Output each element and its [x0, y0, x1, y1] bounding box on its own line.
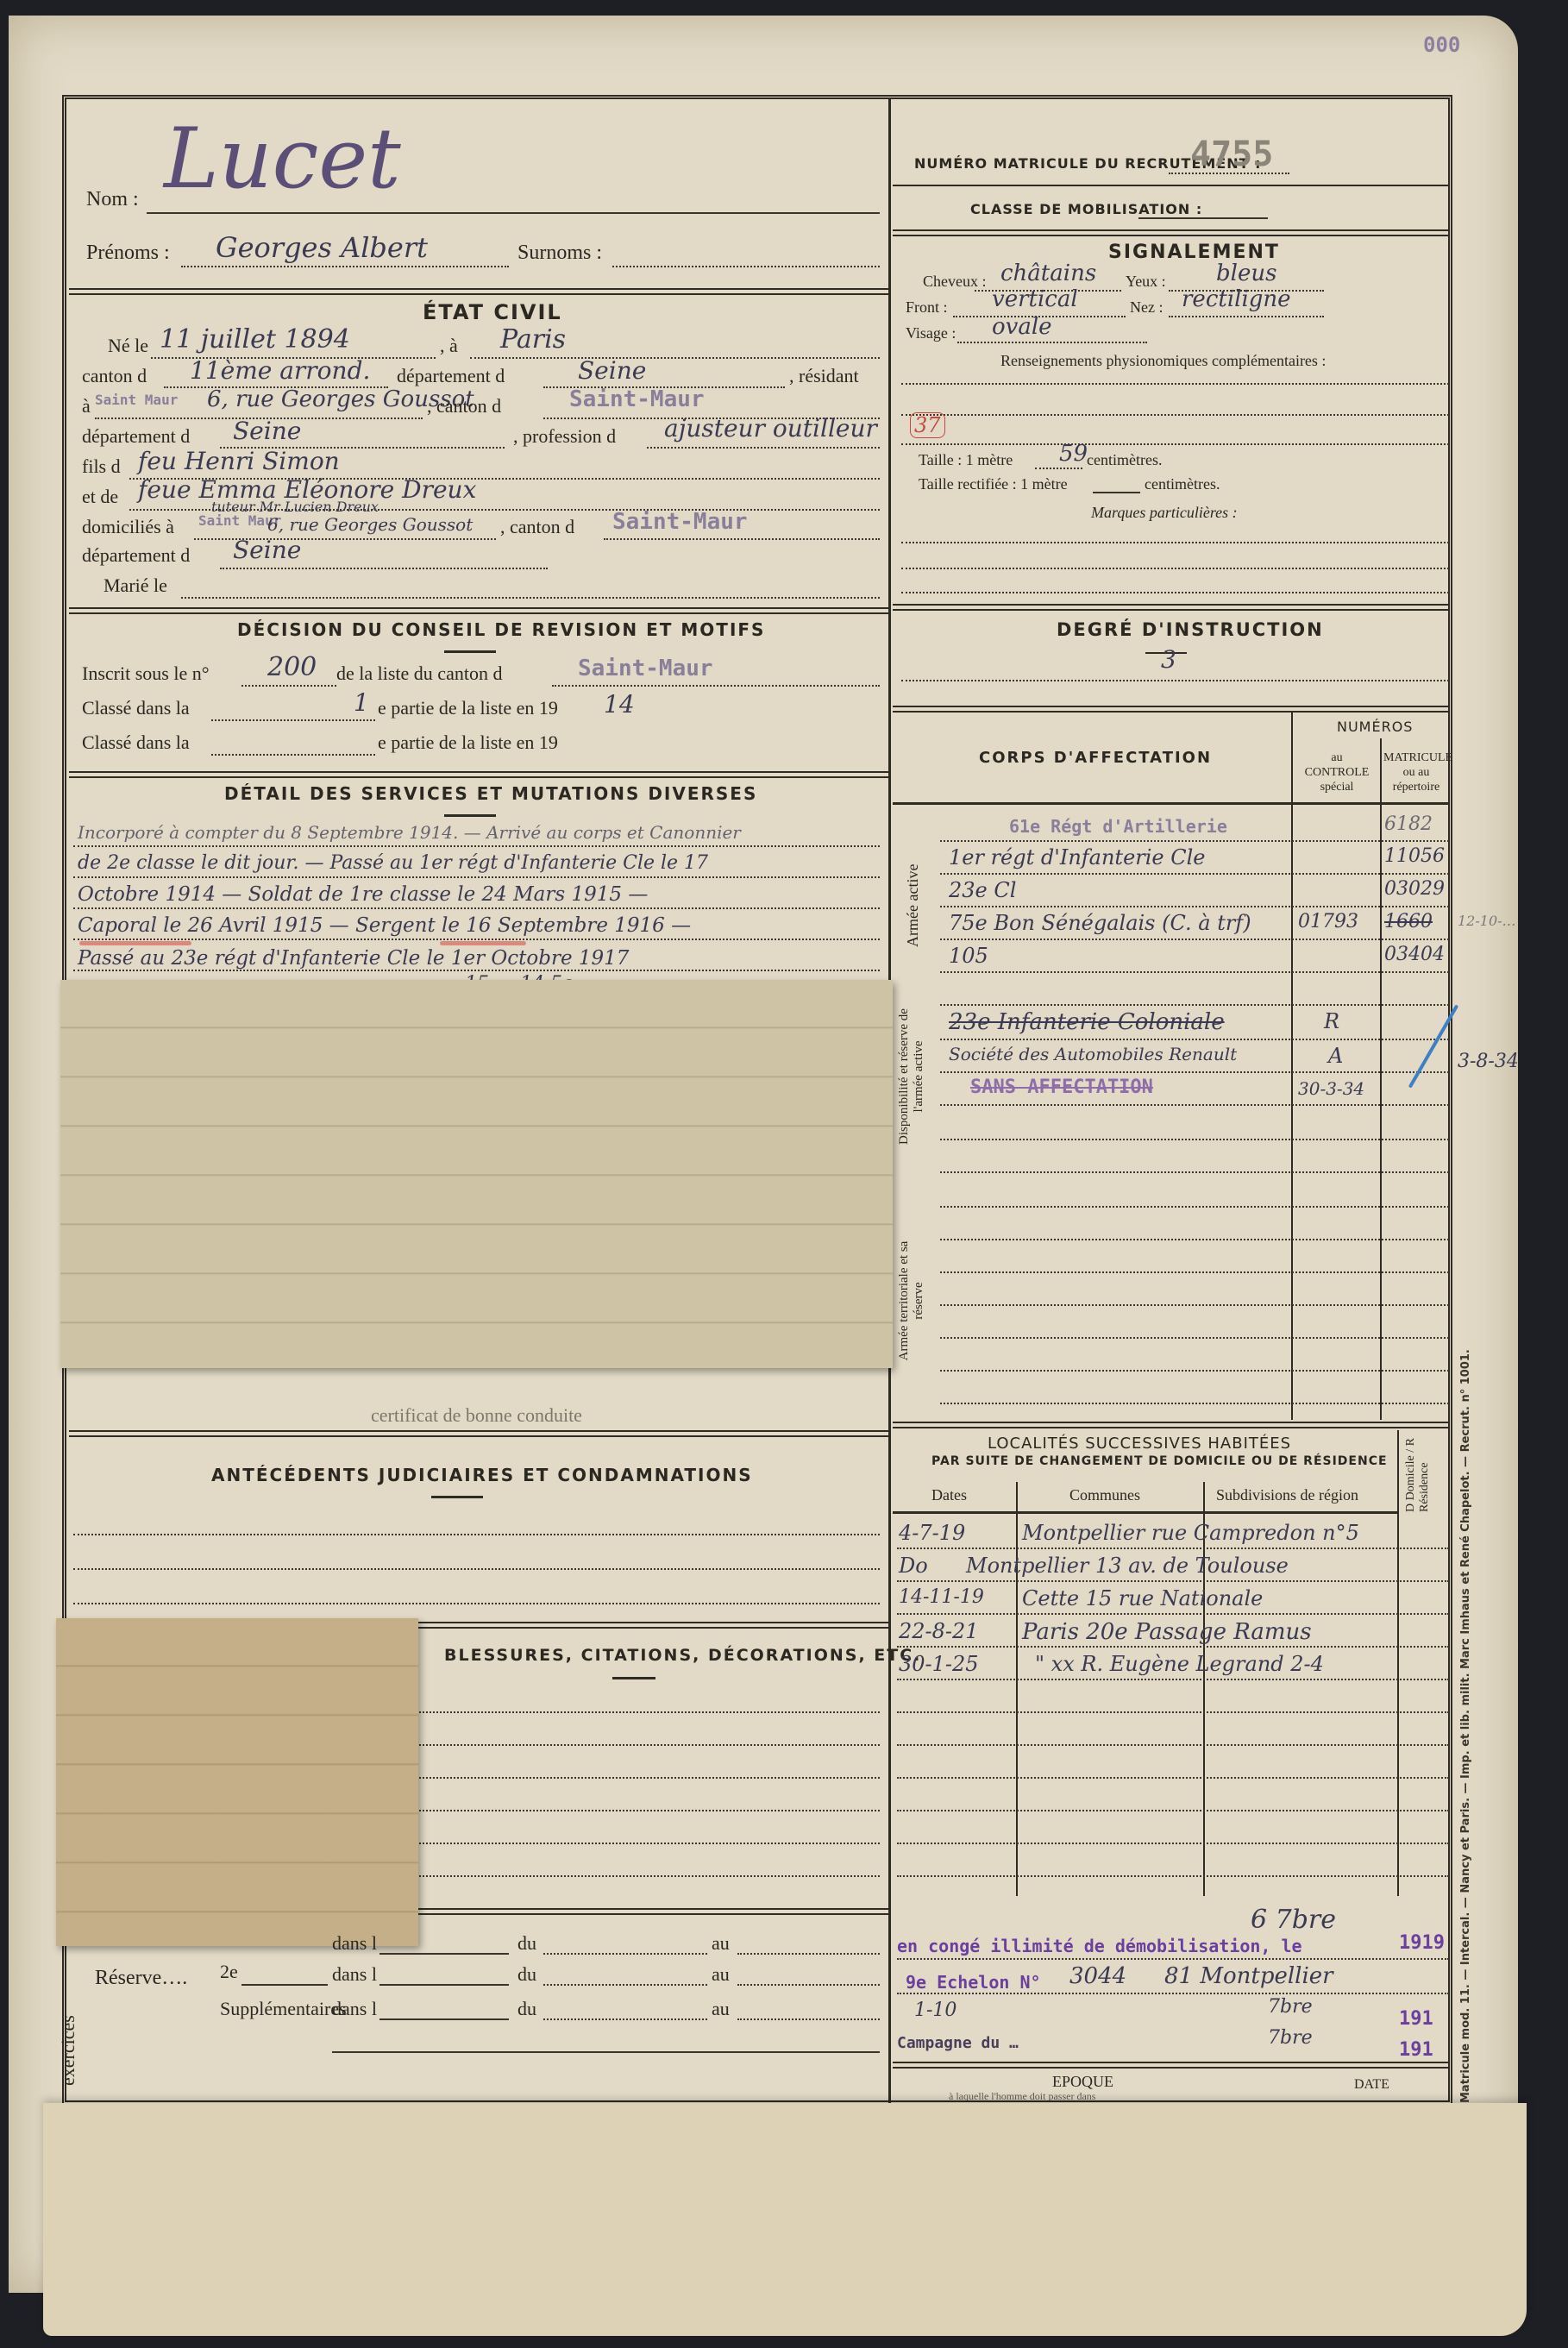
ruled-line	[940, 1171, 1449, 1173]
localite-row-1-text: Montpellier rue Campredon n°5	[1022, 1521, 1359, 1545]
localites-title: LOCALITÉS SUCCESSIVES HABITÉES	[988, 1435, 1291, 1453]
col-controle: au CONTROLE spécial	[1298, 750, 1376, 794]
margin-note-2: 3-8-34	[1458, 1051, 1519, 1072]
corps-row-7-corps: 23e Infanterie Coloniale	[949, 1009, 1225, 1035]
liste-canton-label: de la liste du canton d	[336, 662, 502, 685]
ne-le-value: 11 juillet 1894	[160, 324, 350, 355]
yeux-label: Yeux :	[1126, 273, 1166, 291]
domicilies-label: domiciliés à	[82, 516, 174, 538]
liste-canton-stamp: Saint-Maur	[578, 656, 713, 681]
register-page: 000 Nom : Lucet Prénoms : Georges Albert…	[9, 16, 1518, 2293]
taille-rectifiee-unit: centimètres.	[1145, 475, 1220, 493]
corps-row-1-matricule: 6182	[1384, 813, 1433, 835]
pasted-slip-blessures	[56, 1618, 418, 1946]
taille-label: Taille : 1 mètre	[919, 451, 1013, 469]
canton2-label: , canton d	[427, 395, 501, 417]
ruled-line	[897, 1613, 1449, 1615]
year-b: 191	[1399, 2039, 1433, 2061]
margin-note-1: 12-10-…	[1458, 913, 1516, 929]
ruled-line	[73, 907, 880, 909]
ruled-line	[901, 443, 1449, 445]
corps-row-4-matricule: 1660	[1384, 911, 1433, 932]
ruled-line	[737, 1984, 880, 1986]
marques-label: Marques particulières :	[1091, 504, 1238, 522]
ruled-line	[897, 1679, 1449, 1680]
nez-label: Nez :	[1130, 298, 1163, 317]
corps-row-4-controle: 01793	[1298, 911, 1358, 932]
au-label: au	[712, 1932, 730, 1955]
localite-row-3-date: 14-11-19	[899, 1586, 984, 1608]
a-line	[470, 357, 880, 359]
col-matricule: MATRICULE ou au répertoire	[1383, 750, 1449, 794]
nom-line	[147, 212, 880, 214]
campagne-text: Campagne du …	[897, 2034, 1019, 2052]
a-label: , à	[440, 335, 458, 357]
ruled-line	[897, 1744, 1449, 1746]
ruled-line	[940, 840, 1449, 842]
ruled-line	[897, 1580, 1449, 1582]
departement3-label: département d	[82, 544, 190, 567]
nez-value: rectiligne	[1182, 286, 1291, 312]
ruled-line	[379, 2018, 509, 2020]
departement2-value: Seine	[233, 417, 301, 445]
ruled-line	[73, 1534, 880, 1535]
ruled-line	[543, 1953, 707, 1955]
red-note: 37	[910, 412, 945, 438]
corps-row-8-controle: A	[1328, 1044, 1343, 1068]
au-label: au	[712, 1998, 730, 2020]
departement-value: Seine	[578, 356, 646, 385]
renseignements-label: Renseignements physionomiques complément…	[1000, 352, 1326, 370]
nez-line	[1169, 316, 1324, 317]
front-value: vertical	[992, 286, 1078, 312]
certificat-partial: certificat de bonne conduite	[371, 1404, 582, 1427]
ruled-line	[241, 1984, 328, 1986]
ruled-line	[379, 1953, 509, 1955]
disponibilite-label: Disponibilité et réserve de l'armée acti…	[897, 990, 926, 1163]
localite-row-4-text: Paris 20e Passage Ramus	[1022, 1619, 1312, 1645]
blank-paper-overlay	[43, 2103, 1527, 2336]
localite-row-5-date: 30-1-25	[899, 1652, 979, 1676]
classe-mobilisation-line	[1138, 217, 1268, 219]
ruled-line	[940, 873, 1449, 875]
section-rule	[893, 1422, 1449, 1428]
prenoms-value: Georges Albert	[216, 231, 428, 264]
ruled-line	[940, 939, 1449, 940]
pere-value: feu Henri Simon	[138, 447, 340, 475]
et-de-label: et de	[82, 486, 118, 508]
front-label: Front :	[906, 298, 948, 317]
corps-row-2-matricule: 11056	[1384, 845, 1445, 867]
ruled-line	[940, 1206, 1449, 1208]
col-divider	[1016, 1482, 1018, 1896]
conge-text: en congé illimité de démobilisation, le	[897, 1936, 1302, 1956]
corps-row-9-controle: 30-3-34	[1298, 1078, 1364, 1099]
corps-row-7-controle: R	[1324, 1009, 1339, 1033]
ruled-line	[737, 2018, 880, 2020]
visage-value: ovale	[992, 314, 1052, 340]
classe-mobilisation-label: CLASSE DE MOBILISATION :	[970, 201, 1202, 217]
date-a: 7bre	[1268, 1996, 1313, 2018]
red-pencil-mark	[440, 941, 526, 945]
taille-value: 59	[1059, 441, 1088, 467]
reserve-label: Réserve….	[95, 1967, 187, 1990]
etat-civil-title: ÉTAT CIVIL	[423, 300, 562, 324]
corps-row-2-corps: 1er régt d'Infanterie Cle	[949, 845, 1206, 870]
decision-title: DÉCISION DU CONSEIL DE REVISION ET MOTIF…	[237, 619, 765, 640]
rule	[893, 185, 1449, 186]
departement2-label: département d	[82, 425, 190, 448]
epoque-label: EPOQUE	[1052, 2073, 1113, 2091]
localite-row-1-date: 4-7-19	[899, 1521, 965, 1545]
classe1-year: 14	[604, 690, 635, 719]
ruled-line	[897, 1843, 1449, 1844]
col-communes: Communes	[1069, 1486, 1140, 1504]
section-rule	[69, 288, 888, 295]
ruled-line	[940, 1337, 1449, 1339]
corps-row-5-matricule: 03404	[1384, 944, 1445, 965]
du-label: du	[517, 1998, 536, 2020]
departement3-line	[220, 568, 548, 569]
blessures-title: BLESSURES, CITATIONS, DÉCORATIONS, ETC.	[444, 1646, 921, 1665]
section-rule	[893, 2062, 1449, 2069]
corps-row-8-corps: Société des Automobiles Renault	[949, 1044, 1237, 1064]
taille-rectifiee-line	[1093, 492, 1140, 493]
taille-line	[1035, 468, 1082, 469]
canton3-stamp: Saint-Maur	[612, 509, 748, 535]
instruction-title: DEGRÉ D'INSTRUCTION	[1057, 619, 1324, 640]
residant-label: , résidant	[789, 365, 859, 387]
profession-line	[647, 447, 880, 449]
matricule-value: 4755	[1190, 135, 1273, 174]
du-label: du	[517, 1932, 536, 1955]
classe2-line	[211, 754, 375, 756]
year-a: 191	[1399, 2008, 1433, 2030]
instruction-value: 3	[1161, 645, 1176, 674]
col-dates: Dates	[931, 1486, 967, 1504]
ruled-line	[897, 1711, 1449, 1713]
ruled-line	[940, 1004, 1449, 1006]
classe1-value: 1	[354, 688, 369, 717]
localite-row-4-date: 22-8-21	[899, 1619, 979, 1643]
date-b: 7bre	[1268, 2027, 1313, 2049]
services-line-1: Incorporé à compter du 8 Septembre 1914.…	[78, 822, 741, 843]
fils-label: fils d	[82, 455, 121, 478]
profession-value: ajusteur outilleur	[664, 414, 877, 443]
corps-row-5-corps: 105	[949, 944, 988, 968]
ruled-line	[332, 2051, 880, 2053]
ruled-line	[897, 1958, 1449, 1960]
au-label: au	[712, 1963, 730, 1986]
surnoms-label: Surnoms :	[517, 242, 602, 265]
ruled-line	[73, 970, 880, 971]
surnoms-line	[612, 266, 880, 267]
ruled-line	[73, 876, 880, 878]
ruled-line	[901, 568, 1449, 569]
ruled-line	[940, 1071, 1449, 1073]
corps-row-4-corps: 75e Bon Sénégalais (C. à trf)	[949, 911, 1251, 935]
ruled-line	[901, 680, 1449, 681]
visage-label: Visage :	[906, 324, 956, 342]
corps-title: CORPS D'AFFECTATION	[979, 749, 1212, 767]
ruled-line	[901, 414, 1449, 416]
a-value: Paris	[500, 324, 566, 355]
du-label: du	[517, 1963, 536, 1986]
ruled-line	[940, 1139, 1449, 1140]
ne-le-label: Né le	[108, 335, 148, 357]
second-dans-label: dans l	[332, 1963, 377, 1986]
canton-label: canton d	[82, 365, 147, 387]
col-divider	[1397, 1430, 1399, 1896]
localites-subtitle: PAR SUITE DE CHANGEMENT DE DOMICILE OU D…	[931, 1454, 1388, 1468]
domicilies-value: 6, rue Georges Goussot	[267, 514, 473, 535]
services-line-5: Passé au 23e régt d'Infanterie Cle le 1e…	[78, 947, 629, 970]
taille-rectifiee-label: Taille rectifiée : 1 mètre	[919, 475, 1068, 493]
services-line-2: de 2e classe le dit jour. — Passé au 1er…	[78, 852, 708, 874]
conge-value: 6 7bre	[1251, 1905, 1336, 1935]
ruled-line	[73, 939, 880, 940]
date-label: DATE	[1354, 2077, 1389, 2093]
printer-text: Matricule mod. 11. — Intercal. — Nancy e…	[1459, 1349, 1472, 2103]
conge-year: 1919	[1399, 1932, 1445, 1954]
territoriale-label: Armée territoriale et sa réserve	[897, 1232, 926, 1370]
col-dr: D Domicile / R Résidence	[1404, 1417, 1432, 1512]
localite-row-3-text: Cette 15 rue Nationale	[1022, 1586, 1263, 1610]
canton3-line	[604, 538, 880, 540]
first-dans-label: dans l	[332, 1932, 377, 1955]
ruled-line	[940, 1403, 1449, 1404]
corps-row-9-stamp: SANS AFFECTATION	[970, 1077, 1153, 1098]
title-dash	[612, 1677, 655, 1679]
section-rule	[893, 229, 1449, 236]
armee-active-label: Armée active	[904, 864, 922, 947]
ruled-line	[940, 1304, 1449, 1306]
corner-stamp: 000	[1423, 33, 1460, 57]
matricule-line	[1169, 173, 1289, 174]
epoque-sub: à laquelle l'homme doit passer dans	[949, 2090, 1095, 2103]
ruled-line	[897, 1993, 1449, 1994]
pasted-slip-services	[60, 980, 893, 1368]
canton-value: 11ème arrond.	[190, 356, 370, 385]
classe2-suffix: e partie de la liste en 19	[378, 731, 558, 754]
localite-row-5-text: " xx R. Eugène Legrand 2-4	[1035, 1652, 1324, 1676]
ruled-line	[73, 1568, 880, 1570]
ruled-line	[940, 906, 1449, 907]
nom-value: Lucet	[164, 110, 401, 207]
departement3-value: Seine	[233, 536, 301, 564]
nom-label: Nom :	[86, 188, 139, 211]
classe2-label: Classé dans la	[82, 731, 190, 754]
ruled-line	[940, 1370, 1449, 1372]
second-prefix: 2e	[220, 1961, 238, 1983]
echelon-extra: 81 Montpellier	[1164, 1963, 1333, 1989]
ruled-line	[901, 542, 1449, 543]
section-rule	[69, 771, 888, 778]
numeros-label: NUMÉROS	[1337, 719, 1413, 735]
residant-a-label: à	[82, 395, 91, 417]
prenoms-line	[181, 266, 509, 267]
localite-row-2-text: Montpellier 13 av. de Toulouse	[966, 1554, 1289, 1578]
classe1-label: Classé dans la	[82, 697, 190, 719]
inscrit-label: Inscrit sous le n°	[82, 662, 210, 685]
echelon-text: 9e Echelon N°	[906, 1972, 1041, 1993]
yeux-value: bleus	[1216, 261, 1276, 286]
antecedents-title: ANTÉCÉDENTS JUDICIAIRES ET CONDAMNATIONS	[211, 1465, 753, 1485]
taille-unit: centimètres.	[1087, 451, 1162, 469]
classe1-line	[211, 719, 375, 721]
title-dash	[431, 1496, 483, 1498]
departement-label: département d	[397, 365, 505, 387]
prenoms-label: Prénoms :	[86, 242, 170, 265]
col-divider	[1291, 713, 1293, 1420]
ruled-line	[897, 1810, 1449, 1811]
ruled-line	[940, 1039, 1449, 1040]
ruled-line	[940, 1239, 1449, 1240]
rule	[893, 802, 1449, 805]
cheveux-label: Cheveux :	[923, 273, 987, 291]
title-dash	[444, 814, 496, 817]
marie-label: Marié le	[103, 574, 167, 597]
ruled-line	[897, 1875, 1449, 1877]
section-rule	[69, 1430, 888, 1437]
cheveux-value: châtains	[1000, 261, 1096, 286]
ruled-line	[901, 383, 1449, 385]
inscrit-line	[241, 685, 336, 687]
canton3-label: , canton d	[500, 516, 574, 538]
section-rule	[69, 607, 888, 614]
ruled-line	[940, 1271, 1449, 1273]
classe1-suffix: e partie de la liste en 19	[378, 697, 558, 719]
corps-row-3-matricule: 03029	[1384, 878, 1445, 900]
ruled-line	[543, 2018, 707, 2020]
rule	[893, 1511, 1397, 1514]
profession-label: , profession d	[513, 425, 616, 448]
ruled-line	[901, 592, 1449, 593]
canton2-stamp: Saint-Maur	[569, 386, 705, 412]
ruled-line	[543, 1984, 707, 1986]
col-subdivisions: Subdivisions de région	[1216, 1486, 1358, 1504]
section-rule	[893, 604, 1449, 611]
ruled-line	[940, 1104, 1449, 1106]
ruled-line	[897, 1777, 1449, 1779]
inscrit-value: 200	[267, 652, 317, 682]
section-rule	[893, 706, 1449, 713]
domicilies-note: tuteur Mr Lucien Dreux	[211, 499, 379, 515]
visage-line	[957, 342, 1147, 343]
ruled-line	[73, 1603, 880, 1604]
ruled-line	[897, 1548, 1449, 1549]
echelon-value: 3044	[1069, 1963, 1126, 1989]
ruled-line	[897, 1646, 1449, 1648]
ruled-line	[940, 971, 1449, 973]
red-pencil-mark	[79, 941, 191, 945]
services-line-4: Caporal le 26 Avril 1915 — Sergent le 16…	[78, 914, 691, 937]
localite-row-2-date: Do	[899, 1554, 928, 1578]
ruled-line	[379, 1984, 509, 1986]
supplementaires-label: Supplémentaires	[220, 1998, 323, 2020]
corps-row-3-corps: 23e Cl	[949, 878, 1016, 902]
residant-stamp: Saint Maur	[95, 392, 178, 408]
marie-line	[181, 597, 880, 599]
liste-canton-line	[552, 685, 880, 687]
services-line-3: Octobre 1914 — Soldat de 1re classe le 2…	[78, 883, 648, 906]
supp-dans-label: dans l	[332, 1998, 377, 2020]
services-title: DÉTAIL DES SERVICES ET MUTATIONS DIVERSE…	[224, 783, 757, 804]
exercices-side-label: exercices	[57, 2015, 79, 2086]
ruled-line	[737, 1953, 880, 1955]
liberation-note: 1-10	[914, 2000, 956, 2021]
ruled-line	[73, 845, 880, 847]
title-dash	[444, 650, 496, 653]
corps-row-1-corps: 61e Régt d'Artillerie	[1009, 816, 1227, 837]
